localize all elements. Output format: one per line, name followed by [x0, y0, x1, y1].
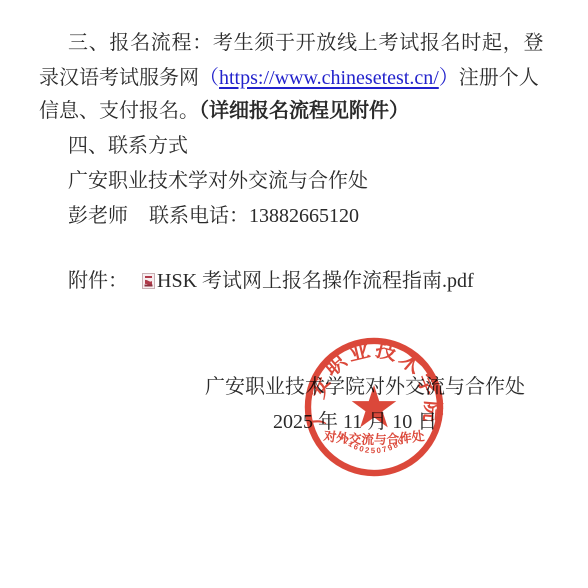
close-paren: ） — [439, 67, 459, 89]
attachment-file-name: HSK 考试网上报名操作流程指南.pdf — [157, 270, 474, 292]
official-seal: 广安职业技术学院 对外交流与合作处 5116025079802 — [303, 336, 445, 478]
phone-label: 联系电话： — [149, 205, 249, 227]
signature-date: 2025 年 11 月 10 日 — [273, 412, 437, 433]
phone-number: 13882665120 — [249, 205, 359, 227]
contact-person-line: 彭老师联系电话：13882665120 — [68, 206, 359, 227]
pdf-file-icon — [142, 273, 155, 289]
contact-person: 彭老师 — [68, 205, 128, 227]
para-registration-line1: 三、报名流程：考生须于开放线上考试报名时起，登 — [68, 33, 544, 54]
line2-suffix: 注册个人 — [459, 67, 539, 89]
section-contact-heading: 四、联系方式 — [68, 136, 188, 157]
seal-serial-number: 5116025079802 — [337, 432, 410, 455]
para-registration-line2: 录汉语考试服务网（https://www.chinesetest.cn/）注册个… — [39, 68, 539, 89]
seal-ring — [308, 341, 440, 473]
attachment-label: 附件： — [68, 270, 128, 292]
signature-org: 广安职业技术学院对外交流与合作处 — [205, 377, 525, 398]
contact-office: 广安职业技术学对外交流与合作处 — [68, 171, 368, 192]
svg-text:5116025079802: 5116025079802 — [337, 432, 410, 455]
attachment-line: 附件： HSK 考试网上报名操作流程指南.pdf — [68, 271, 474, 292]
line2-prefix: 录汉语考试服务网 — [39, 67, 199, 89]
chinesetest-link[interactable]: https://www.chinesetest.cn/ — [219, 67, 439, 89]
line3-normal: 信息、支付报名。 — [39, 100, 199, 122]
line3-bold-note: （详细报名流程见附件） — [199, 100, 409, 122]
open-paren: （ — [199, 67, 219, 89]
document-page: 三、报名流程：考生须于开放线上考试报名时起，登 录汉语考试服务网（https:/… — [0, 0, 588, 588]
para-registration-line3: 信息、支付报名。（详细报名流程见附件） — [39, 101, 409, 122]
